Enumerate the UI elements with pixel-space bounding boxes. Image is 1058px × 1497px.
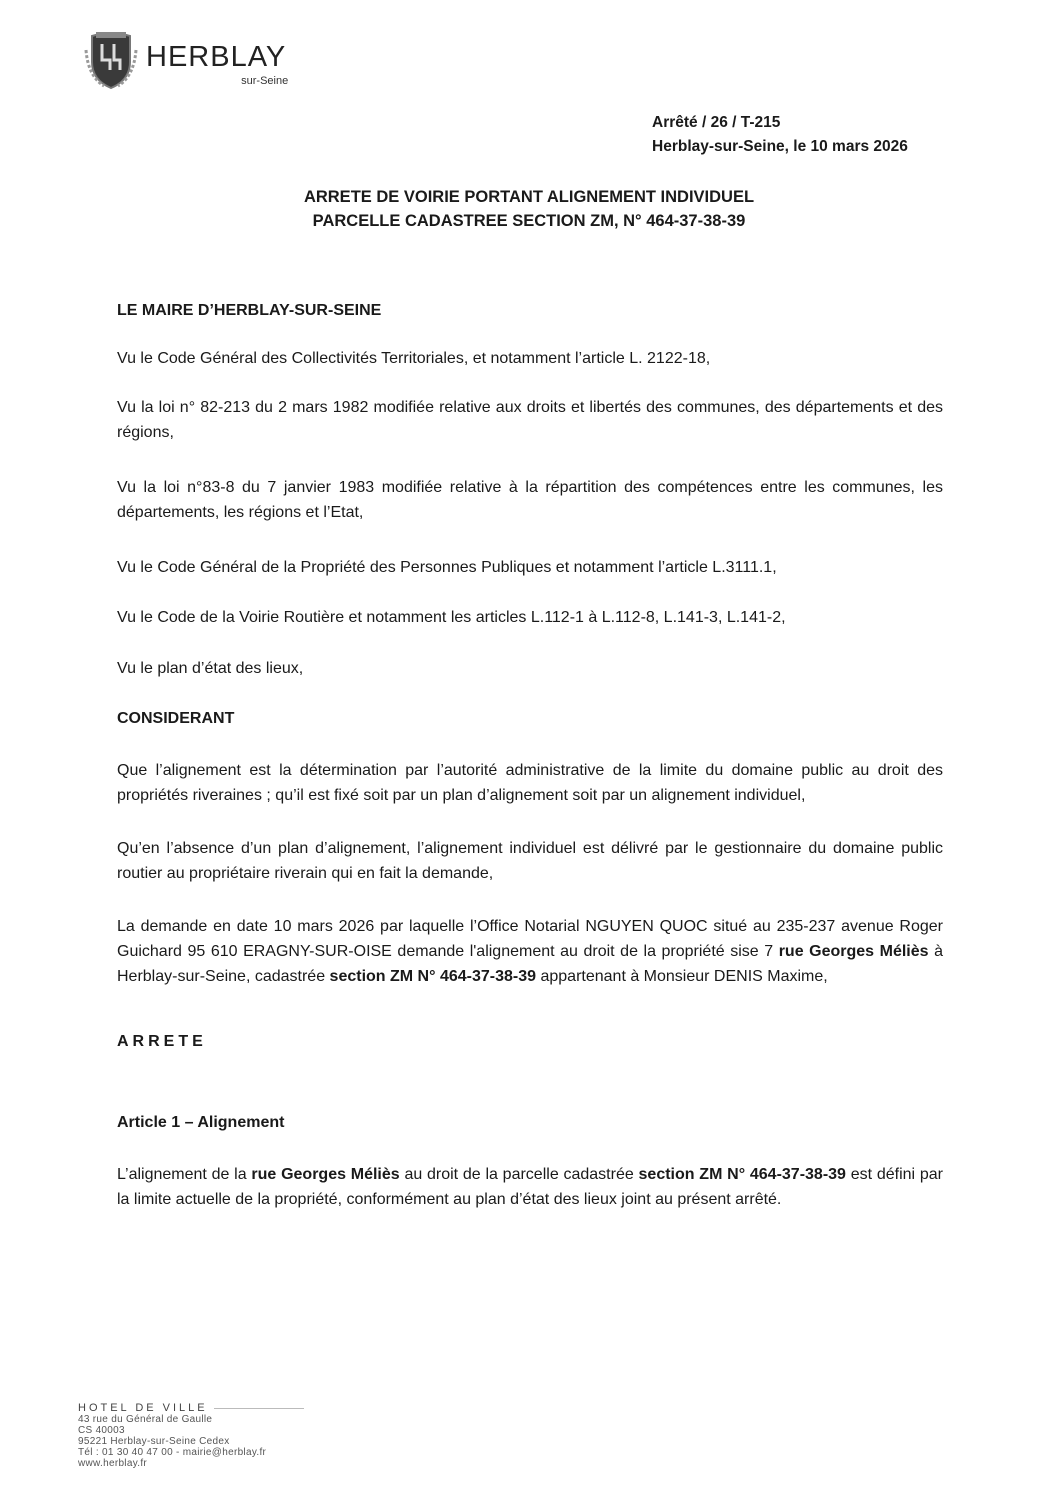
footer-contact: Tél : 01 30 40 47 00 - mairie@herblay.fr — [78, 1447, 304, 1458]
visa-2: Vu la loi n° 82-213 du 2 mars 1982 modif… — [117, 395, 943, 445]
logo-name: HERBLAY — [146, 42, 286, 72]
document-title: ARRETE DE VOIRIE PORTANT ALIGNEMENT INDI… — [0, 185, 1058, 233]
logo-subtitle: sur-Seine — [241, 75, 288, 87]
footer-line: 43 rue du Général de Gaulle — [78, 1414, 304, 1425]
parcel-reference: section ZM N° 464-37-38-39 — [639, 1166, 846, 1183]
decree-number: Arrêté / 26 / T-215 — [652, 111, 908, 135]
title-line-1: ARRETE DE VOIRIE PORTANT ALIGNEMENT INDI… — [0, 185, 1058, 209]
visa-3: Vu la loi n°83-8 du 7 janvier 1983 modif… — [117, 475, 943, 525]
demande-paragraph: La demande en date 10 mars 2026 par laqu… — [117, 914, 943, 989]
visa-1: Vu le Code Général des Collectivités Ter… — [117, 346, 943, 371]
street-name: rue Georges Méliès — [779, 943, 929, 960]
considerant-2: Qu’en l’absence d’un plan d’alignement, … — [117, 836, 943, 886]
visa-5: Vu le Code de la Voirie Routière et nota… — [117, 605, 943, 630]
footer-heading: HOTEL DE VILLE — [78, 1403, 208, 1414]
visa-4: Vu le Code Général de la Propriété des P… — [117, 555, 943, 580]
title-line-2: PARCELLE CADASTREE SECTION ZM, N° 464-37… — [0, 209, 1058, 233]
arrete-heading: ARRETE — [117, 1029, 943, 1054]
footer-website: www.herblay.fr — [78, 1458, 304, 1469]
parcel-reference: section ZM N° 464-37-38-39 — [330, 968, 536, 985]
decree-place-date: Herblay-sur-Seine, le 10 mars 2026 — [652, 135, 908, 159]
footer-address: HOTEL DE VILLE 43 rue du Général de Gaul… — [78, 1403, 304, 1469]
considerant-heading: CONSIDERANT — [117, 706, 943, 731]
city-logo: HERBLAY sur-Seine — [84, 30, 286, 92]
street-name: rue Georges Méliès — [251, 1166, 399, 1183]
footer-line: 95221 Herblay-sur-Seine Cedex — [78, 1436, 304, 1447]
visa-6: Vu le plan d’état des lieux, — [117, 656, 943, 681]
footer-line: CS 40003 — [78, 1425, 304, 1436]
mayor-heading: LE MAIRE D’HERBLAY-SUR-SEINE — [117, 298, 943, 323]
considerant-1: Que l’alignement est la détermination pa… — [117, 758, 943, 808]
city-crest-icon — [84, 30, 138, 92]
article-1-text: L’alignement de la rue Georges Méliès au… — [117, 1162, 943, 1212]
footer-rule — [214, 1408, 304, 1409]
decree-reference: Arrêté / 26 / T-215 Herblay-sur-Seine, l… — [652, 111, 908, 159]
article-1-heading: Article 1 – Alignement — [117, 1110, 943, 1135]
document-body: LE MAIRE D’HERBLAY-SUR-SEINE Vu le Code … — [117, 298, 943, 1212]
